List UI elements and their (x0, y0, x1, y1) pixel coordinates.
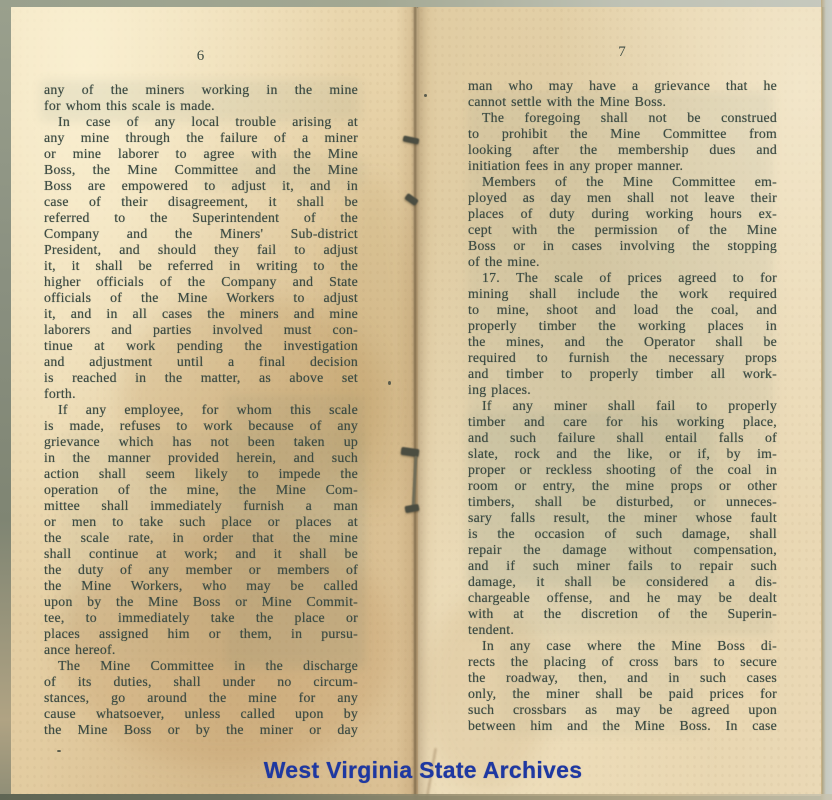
text-line: to mine, shoot and load the coal, and (468, 302, 777, 318)
page-6-text: 6 any of the miners working in the minef… (44, 46, 358, 738)
text-line: of the mine. (468, 254, 777, 270)
text-line: of its duties, shall under no circum- (44, 674, 358, 690)
text-line: Boss are empowered to adjust it, and in (44, 178, 358, 194)
text-line: or men to take such place or places at (44, 514, 358, 530)
text-line: Company and the Miners' Sub-district (44, 226, 358, 242)
binding-gutter-shadow (396, 0, 438, 800)
text-line: the duty of any member or members of (44, 562, 358, 578)
text-line: higher officials of the Company and Stat… (44, 274, 358, 290)
text-line: officials of the Mine Workers to adjust (44, 290, 358, 306)
text-line: required to furnish the necessary props (468, 350, 777, 366)
text-line: it, it shall be referred in writing to t… (44, 258, 358, 274)
text-line: the roadway, then, and in such cases (468, 670, 777, 686)
text-line: rects the placing of cross bars to secur… (468, 654, 777, 670)
text-line: cannot settle with the Mine Boss. (468, 94, 777, 110)
paragraph: Members of the Mine Committee em-ployed … (468, 174, 777, 270)
binding-fold-line (414, 2, 416, 796)
paragraph: 17. The scale of prices agreed to formin… (468, 270, 777, 398)
paragraph: any of the miners working in the minefor… (44, 82, 358, 114)
text-line: tendent. (468, 622, 777, 638)
page-7-text: 7 man who may have a grievance that heca… (468, 42, 777, 734)
text-line: Boss or in cases involving the stopping (468, 238, 777, 254)
cover-edge-bottom (0, 794, 832, 800)
text-line: mittee shall immediately furnish a man (44, 498, 358, 514)
text-line: ployed as day men shall not leave their (468, 190, 777, 206)
text-line: cept with the permission of the Mine (468, 222, 777, 238)
text-line: man who may have a grievance that he (468, 78, 777, 94)
text-line: ing places. (468, 382, 777, 398)
text-line: tee, to immediately take the place or (44, 610, 358, 626)
text-line: If any miner shall fail to properly (468, 398, 777, 414)
text-line: places of duty during working hours ex- (468, 206, 777, 222)
text-line: Boss, the Mine Committee and the Mine (44, 162, 358, 178)
text-line: between him and the Mine Boss. In case (468, 718, 777, 734)
text-line: action shall seem likely to impede the (44, 466, 358, 482)
page-number-right: 7 (468, 42, 777, 78)
text-line: sary falls result, the miner whose fault (468, 510, 777, 526)
text-line: for whom this scale is made. (44, 98, 358, 114)
text-line: is reached in the matter, as above set (44, 370, 358, 386)
text-line: is the occasion of such damage, shall (468, 526, 777, 542)
text-line: slate, rock and the like, or if, by im- (468, 446, 777, 462)
text-line: properly timber the working places in (468, 318, 777, 334)
text-line: the scale rate, in order that the mine (44, 530, 358, 546)
text-line: looking after the membership dues and (468, 142, 777, 158)
text-line: the mines, and the Operator shall be (468, 334, 777, 350)
text-line: ance hereof. (44, 642, 358, 658)
paragraph: The foregoing shall not be construedto p… (468, 110, 777, 174)
text-line: chargeable offense, and he may be dealt (468, 590, 777, 606)
paragraph: In case of any local trouble arising ata… (44, 114, 358, 402)
paragraph: If any miner shall fail to properlytimbe… (468, 398, 777, 638)
text-line: initiation fees in any proper manner. (468, 158, 777, 174)
archive-caption: West Virginia State Archives (0, 757, 832, 784)
text-line: forth. (44, 386, 358, 402)
cover-edge-top (0, 0, 832, 7)
text-line: the Mine Boss or by the miner or day (44, 722, 358, 738)
text-line: Members of the Mine Committee em- (468, 174, 777, 190)
text-line: laborers and parties involved must con- (44, 322, 358, 338)
text-line: cause whatsoever, unless called upon by (44, 706, 358, 722)
text-line: timbers, shall be disturbed, or unneces- (468, 494, 777, 510)
text-line: operation of the mine, the Mine Com- (44, 482, 358, 498)
text-line: in the manner provided herein, and such (44, 450, 358, 466)
text-line: case of their disagreement, it shall be (44, 194, 358, 210)
text-line: mining shall include the work required (468, 286, 777, 302)
text-line: proper or reckless shooting of the coal … (468, 462, 777, 478)
text-line: grievance which has not been taken up (44, 434, 358, 450)
text-line: If any employee, for whom this scale (44, 402, 358, 418)
paragraph: The Mine Committee in the dischargeof it… (44, 658, 358, 738)
paper-speck (424, 94, 427, 97)
text-line: and adjustment until a final decision (44, 354, 358, 370)
text-line: upon by the Mine Boss or Mine Commit- (44, 594, 358, 610)
text-line: to prohibit the Mine Committee from (468, 126, 777, 142)
text-line: and if such miner fails to repair such (468, 558, 777, 574)
text-line: referred to the Superintendent of the (44, 210, 358, 226)
text-line: only, the miner shall be paid prices for (468, 686, 777, 702)
text-line: and timber to properly timber all work- (468, 366, 777, 382)
text-line: timber and care for his working place, (468, 414, 777, 430)
text-line: repair the damage without compensation, (468, 542, 777, 558)
page-number-left: 6 (44, 46, 358, 82)
text-line: any of the miners working in the mine (44, 82, 358, 98)
text-line: places assigned him or them, in pursu- (44, 626, 358, 642)
text-line: In case of any local trouble arising at (44, 114, 358, 130)
text-line: or mine laborer to agree with the Mine (44, 146, 358, 162)
text-line: any mine through the failure of a miner (44, 130, 358, 146)
text-line: The Mine Committee in the discharge (44, 658, 358, 674)
text-line: The foregoing shall not be construed (468, 110, 777, 126)
text-line: In any case where the Mine Boss di- (468, 638, 777, 654)
text-line: 17. The scale of prices agreed to for (468, 270, 777, 286)
page-7-body: man who may have a grievance that hecann… (468, 78, 777, 734)
text-line: the Mine Workers, who may be called (44, 578, 358, 594)
text-line: stances, go around the mine for any (44, 690, 358, 706)
paper-speck (388, 381, 391, 385)
text-line: such crossbars as may be agreed upon (468, 702, 777, 718)
paragraph: If any employee, for whom this scaleis m… (44, 402, 358, 658)
text-line: President, and should they fail to adjus… (44, 242, 358, 258)
paper-speck (57, 750, 61, 752)
text-line: is made, refuses to work because of any (44, 418, 358, 434)
paragraph: In any case where the Mine Boss di-rects… (468, 638, 777, 734)
book-scan-photo: 6 any of the miners working in the minef… (0, 0, 832, 800)
text-line: with at the discretion of the Superin- (468, 606, 777, 622)
text-line: tinue at work pending the investigation (44, 338, 358, 354)
text-line: and such failure shall entail falls of (468, 430, 777, 446)
text-line: room or entry, the mine props or other (468, 478, 777, 494)
page-6-body: any of the miners working in the minefor… (44, 82, 358, 738)
text-line: shall continue at work; and it shall be (44, 546, 358, 562)
text-line: it, and in all cases the miners and mine (44, 306, 358, 322)
cover-edge-left (0, 0, 11, 800)
page-stack-edge-right (821, 0, 832, 800)
paragraph: man who may have a grievance that hecann… (468, 78, 777, 110)
text-line: damage, it shall be considered a dis- (468, 574, 777, 590)
